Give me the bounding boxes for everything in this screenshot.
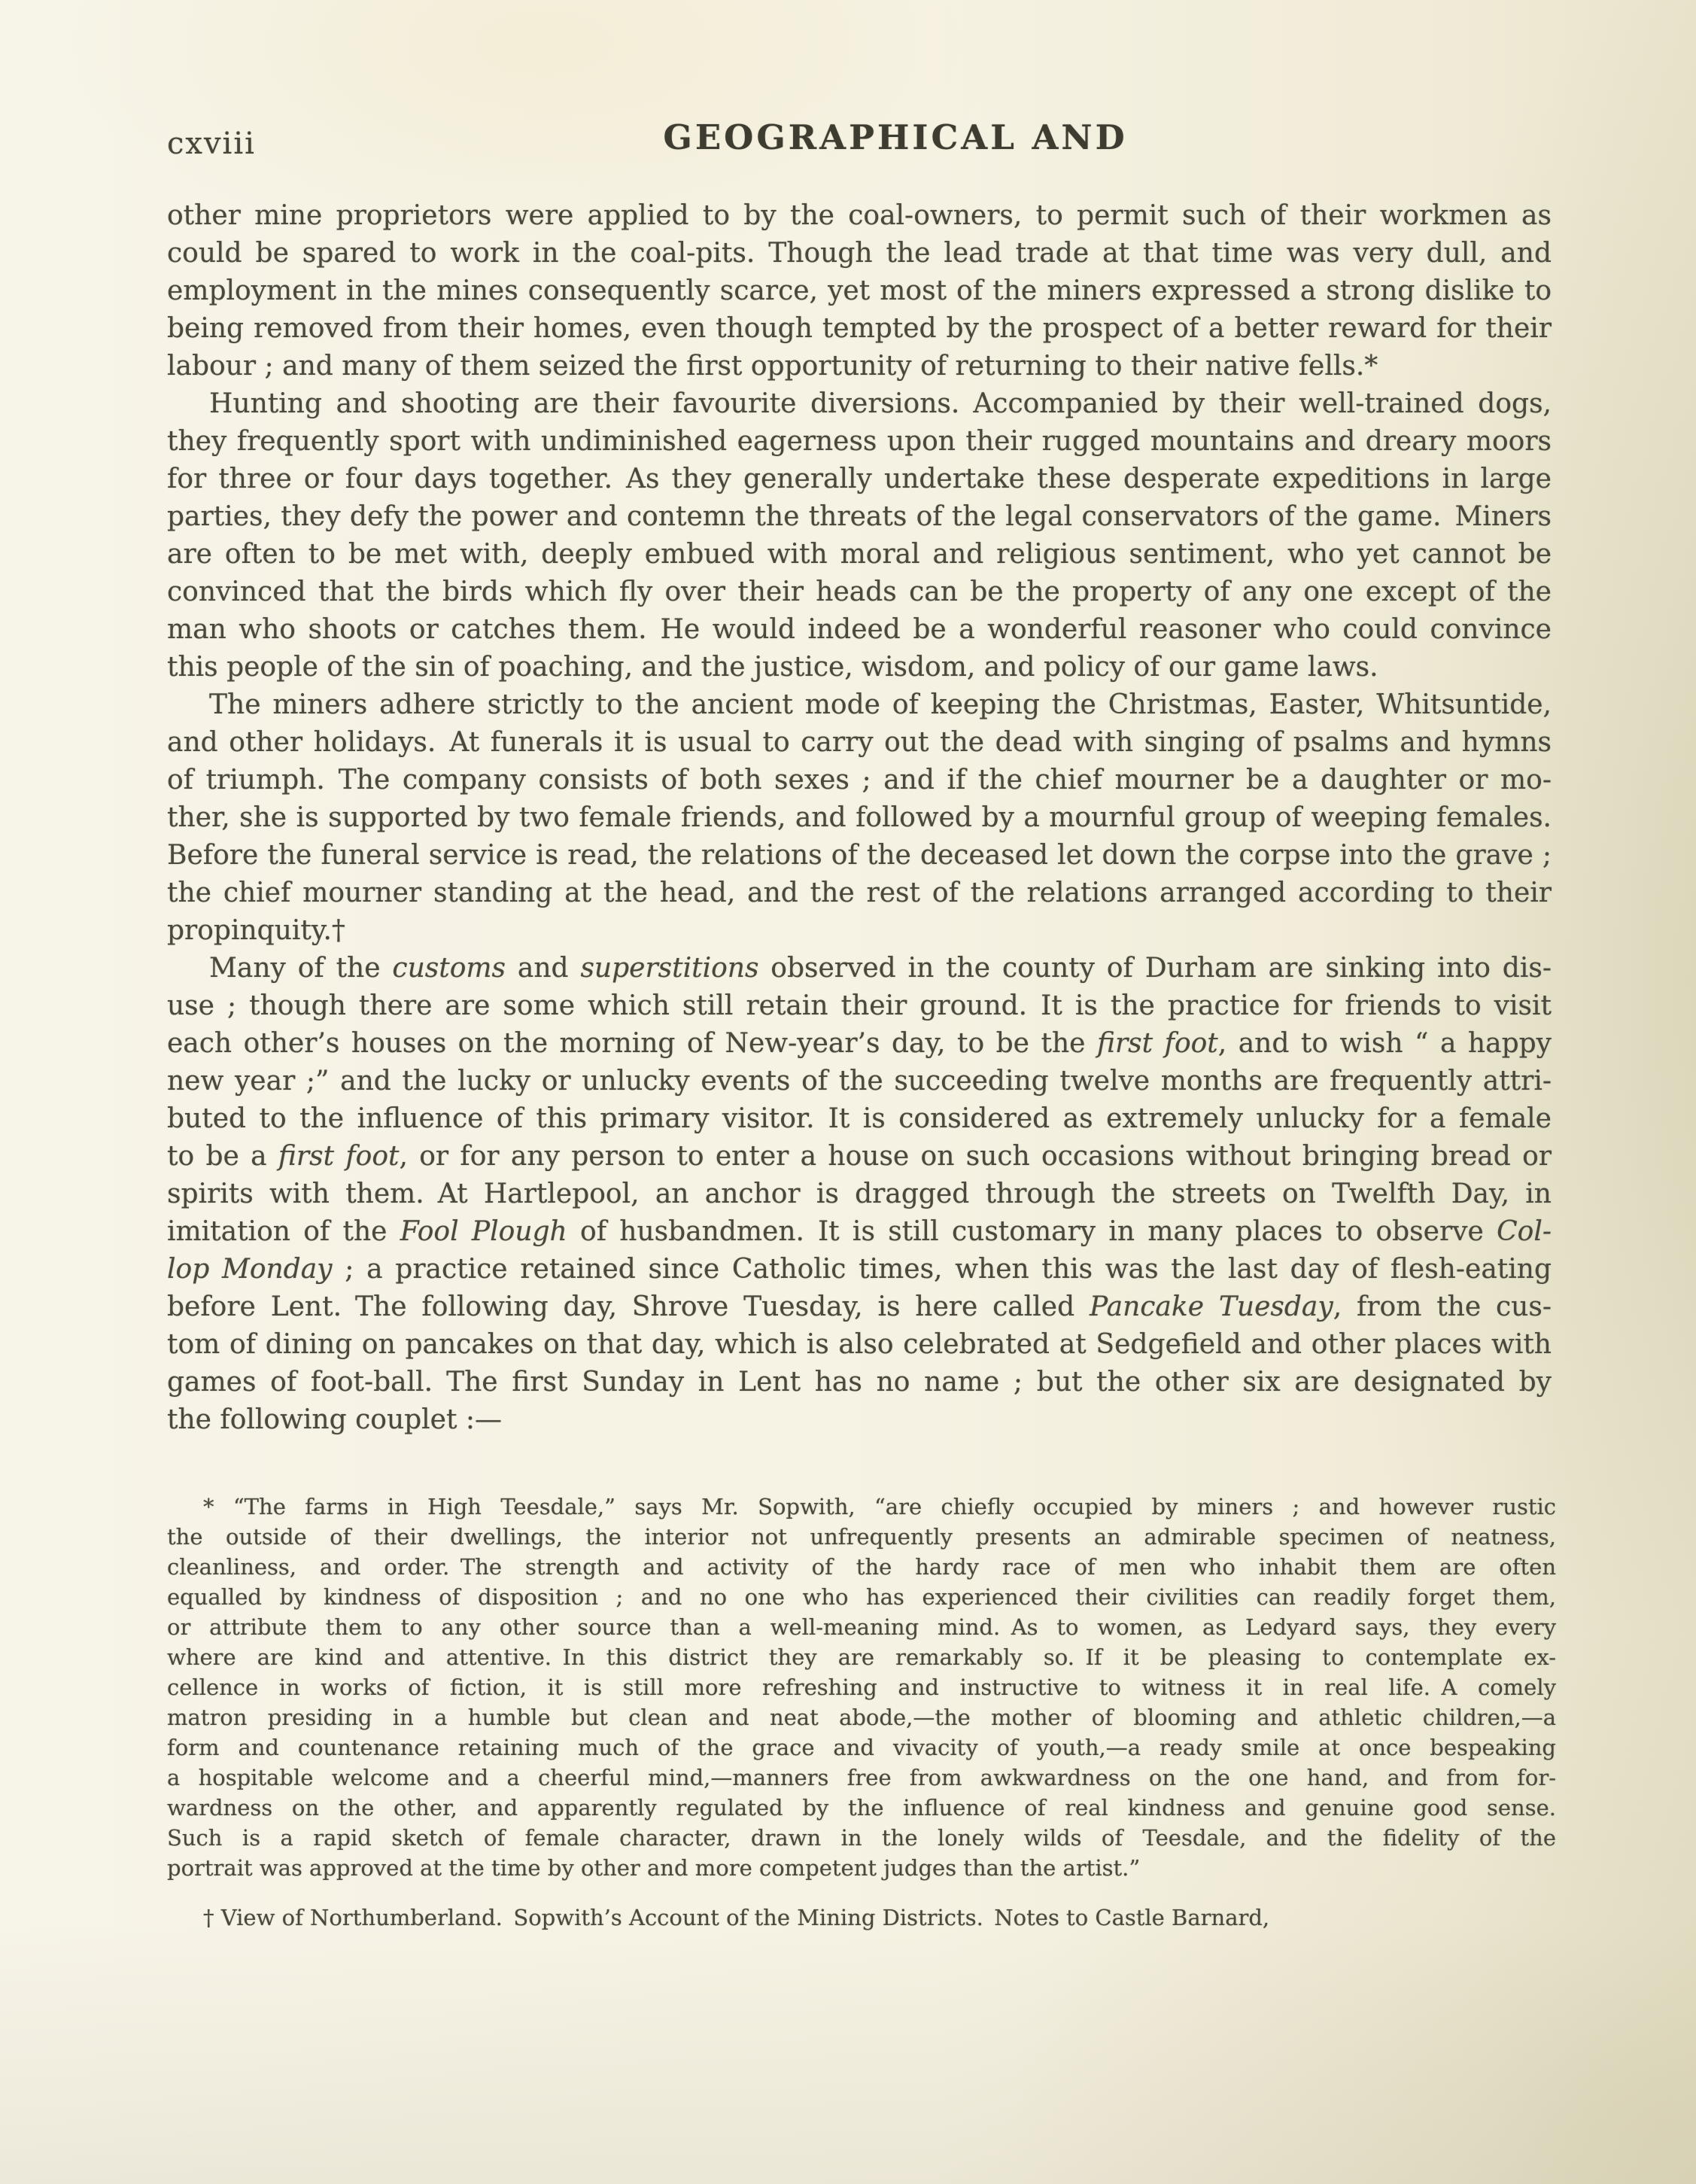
paragraph: † View of Northumberland. Sopwith’s Acco… bbox=[167, 1903, 1556, 1933]
text-line: lop Monday ; a practice retained since C… bbox=[167, 1251, 1552, 1288]
text-line: Such is a rapid sketch of female charact… bbox=[167, 1823, 1556, 1853]
text-line: The miners adhere strictly to the ancien… bbox=[167, 686, 1552, 724]
text-segment: could be spared to work in the coal-pits… bbox=[167, 238, 1552, 269]
text-line: man who shoots or catches them. He would… bbox=[167, 611, 1552, 649]
text-line: each other’s houses on the morning of Ne… bbox=[167, 1025, 1552, 1063]
text-segment: observed in the county of Durham are sin… bbox=[758, 953, 1552, 984]
text-line: they frequently sport with undiminished … bbox=[167, 423, 1552, 461]
italic-text: first foot bbox=[278, 1141, 400, 1172]
text-line: games of foot-ball. The first Sunday in … bbox=[167, 1364, 1552, 1401]
text-segment: Before the funeral service is read, the … bbox=[167, 840, 1552, 871]
text-segment: equalled by kindness of disposition ; an… bbox=[167, 1584, 1556, 1610]
text-segment: labour ; and many of them seized the fir… bbox=[167, 351, 1378, 382]
text-segment: wardness on the other, and apparently re… bbox=[167, 1795, 1556, 1821]
text-line: to be a first foot, or for any person to… bbox=[167, 1138, 1552, 1176]
text-segment: use ; though there are some which still … bbox=[167, 990, 1552, 1021]
paragraph: * “The farms in High Teesdale,” says Mr.… bbox=[167, 1492, 1556, 1883]
text-line: wardness on the other, and apparently re… bbox=[167, 1793, 1556, 1823]
text-segment: tom of dining on pancakes on that day, w… bbox=[167, 1329, 1552, 1360]
text-segment: Such is a rapid sketch of female charact… bbox=[167, 1825, 1556, 1851]
text-segment: or attribute them to any other source th… bbox=[167, 1614, 1556, 1640]
text-segment: † View of Northumberland. Sopwith’s Acco… bbox=[203, 1905, 1269, 1930]
text-segment: before Lent. The following day, Shrove T… bbox=[167, 1291, 1090, 1322]
text-line: propinquity.† bbox=[167, 912, 1552, 950]
text-line: convinced that the birds which fly over … bbox=[167, 573, 1552, 611]
text-line: for three or four days together. As they… bbox=[167, 461, 1552, 498]
text-line: of triumph. The company consists of both… bbox=[167, 762, 1552, 799]
text-segment: games of foot-ball. The first Sunday in … bbox=[167, 1367, 1552, 1398]
text-segment: cleanliness, and order. The strength and… bbox=[167, 1554, 1556, 1580]
paragraph: The miners adhere strictly to the ancien… bbox=[167, 686, 1552, 950]
text-segment: parties, they defy the power and contemn… bbox=[167, 501, 1552, 532]
text-line: the chief mourner standing at the head, … bbox=[167, 875, 1552, 912]
text-segment: new year ;” and the lucky or unlucky eve… bbox=[167, 1066, 1552, 1097]
text-segment: convinced that the birds which fly over … bbox=[167, 576, 1552, 607]
text-segment: they frequently sport with undiminished … bbox=[167, 426, 1552, 457]
text-line: other mine proprietors were applied to b… bbox=[167, 197, 1552, 235]
text-segment: the following couplet :— bbox=[167, 1404, 502, 1435]
paragraph: other mine proprietors were applied to b… bbox=[167, 197, 1552, 385]
text-line: are often to be met with, deeply embued … bbox=[167, 536, 1552, 573]
text-segment: Hunting and shooting are their favourite… bbox=[209, 388, 1552, 419]
paragraph: Many of the customs and superstitions ob… bbox=[167, 950, 1552, 1439]
text-line: matron presiding in a humble but clean a… bbox=[167, 1702, 1556, 1732]
footnotes: * “The farms in High Teesdale,” says Mr.… bbox=[167, 1492, 1556, 1933]
text-segment: other mine proprietors were applied to b… bbox=[167, 200, 1552, 231]
text-segment: propinquity.† bbox=[167, 915, 345, 946]
italic-text: customs bbox=[392, 953, 506, 984]
text-segment: cellence in works of fiction, it is stil… bbox=[167, 1675, 1556, 1700]
text-segment: this people of the sin of poaching, and … bbox=[167, 652, 1378, 683]
text-segment: a hospitable welcome and a cheerful mind… bbox=[167, 1765, 1556, 1790]
text-segment: , and to wish “ a happy bbox=[1218, 1028, 1552, 1059]
text-line: use ; though there are some which still … bbox=[167, 987, 1552, 1025]
italic-text: Col- bbox=[1497, 1216, 1552, 1247]
italic-text: Pancake Tuesday bbox=[1090, 1291, 1333, 1322]
page-number: cxviii bbox=[167, 126, 256, 161]
text-segment: employment in the mines consequently sca… bbox=[167, 275, 1552, 306]
text-line: being removed from their homes, even tho… bbox=[167, 310, 1552, 348]
text-line: equalled by kindness of disposition ; an… bbox=[167, 1582, 1556, 1612]
text-line: a hospitable welcome and a cheerful mind… bbox=[167, 1763, 1556, 1793]
text-segment: portrait was approved at the time by oth… bbox=[167, 1855, 1140, 1881]
text-line: ther, she is supported by two female fri… bbox=[167, 799, 1552, 837]
text-line: form and countenance retaining much of t… bbox=[167, 1732, 1556, 1763]
text-segment: , or for any person to enter a house on … bbox=[399, 1141, 1552, 1172]
text-line: the following couplet :— bbox=[167, 1401, 1552, 1439]
text-segment: the outside of their dwellings, the inte… bbox=[167, 1524, 1556, 1550]
text-line: imitation of the Fool Plough of husbandm… bbox=[167, 1213, 1552, 1251]
text-segment: man who shoots or catches them. He would… bbox=[167, 614, 1552, 645]
text-segment: ther, she is supported by two female fri… bbox=[167, 802, 1552, 833]
text-segment: each other’s houses on the morning of Ne… bbox=[167, 1028, 1097, 1059]
text-segment: ; a practice retained since Catholic tim… bbox=[333, 1254, 1552, 1285]
text-segment: the chief mourner standing at the head, … bbox=[167, 878, 1552, 908]
italic-text: lop Monday bbox=[167, 1254, 333, 1285]
text-line: Many of the customs and superstitions ob… bbox=[167, 950, 1552, 987]
text-line: could be spared to work in the coal-pits… bbox=[167, 235, 1552, 272]
body-text: other mine proprietors were applied to b… bbox=[167, 197, 1552, 1439]
text-segment: of husbandmen. It is still customary in … bbox=[567, 1216, 1497, 1247]
text-line: this people of the sin of poaching, and … bbox=[167, 649, 1552, 686]
text-segment: to be a bbox=[167, 1141, 278, 1172]
text-line: * “The farms in High Teesdale,” says Mr.… bbox=[167, 1492, 1556, 1522]
text-segment: form and countenance retaining much of t… bbox=[167, 1735, 1556, 1760]
text-line: where are kind and attentive. In this di… bbox=[167, 1642, 1556, 1672]
text-segment: * “The farms in High Teesdale,” says Mr.… bbox=[203, 1494, 1556, 1519]
running-title: GEOGRAPHICAL AND bbox=[663, 117, 1127, 157]
italic-text: superstitions bbox=[580, 953, 758, 984]
text-segment: of triumph. The company consists of both… bbox=[167, 765, 1552, 795]
text-segment: spirits with them. At Hartlepool, an anc… bbox=[167, 1179, 1552, 1209]
text-segment: Many of the bbox=[209, 953, 392, 984]
text-line: tom of dining on pancakes on that day, w… bbox=[167, 1326, 1552, 1364]
text-line: Hunting and shooting are their favourite… bbox=[167, 385, 1552, 423]
text-segment: , from the cus- bbox=[1333, 1291, 1552, 1322]
text-line: † View of Northumberland. Sopwith’s Acco… bbox=[167, 1903, 1556, 1933]
text-line: labour ; and many of them seized the fir… bbox=[167, 348, 1552, 385]
text-line: and other holidays. At funerals it is us… bbox=[167, 724, 1552, 762]
paragraph: Hunting and shooting are their favourite… bbox=[167, 385, 1552, 686]
text-line: Before the funeral service is read, the … bbox=[167, 837, 1552, 875]
text-line: before Lent. The following day, Shrove T… bbox=[167, 1288, 1552, 1326]
text-segment: The miners adhere strictly to the ancien… bbox=[209, 689, 1552, 720]
italic-text: first foot bbox=[1097, 1028, 1218, 1059]
text-segment: for three or four days together. As they… bbox=[167, 464, 1552, 494]
text-line: portrait was approved at the time by oth… bbox=[167, 1853, 1556, 1883]
text-line: or attribute them to any other source th… bbox=[167, 1612, 1556, 1642]
text-line: spirits with them. At Hartlepool, an anc… bbox=[167, 1176, 1552, 1213]
text-line: new year ;” and the lucky or unlucky eve… bbox=[167, 1063, 1552, 1100]
text-line: parties, they defy the power and contemn… bbox=[167, 498, 1552, 536]
text-segment: and other holidays. At funerals it is us… bbox=[167, 727, 1552, 758]
text-segment: imitation of the bbox=[167, 1216, 400, 1247]
text-line: cleanliness, and order. The strength and… bbox=[167, 1552, 1556, 1582]
text-segment: being removed from their homes, even tho… bbox=[167, 313, 1552, 344]
text-segment: buted to the influence of this primary v… bbox=[167, 1103, 1552, 1134]
italic-text: Fool Plough bbox=[400, 1216, 567, 1247]
text-segment: where are kind and attentive. In this di… bbox=[167, 1644, 1556, 1670]
scanned-book-page: { "page": { "page_number": "cxviii", "ru… bbox=[0, 0, 1696, 2184]
text-line: the outside of their dwellings, the inte… bbox=[167, 1522, 1556, 1552]
text-segment: matron presiding in a humble but clean a… bbox=[167, 1705, 1556, 1730]
text-segment: and bbox=[506, 953, 580, 984]
text-line: buted to the influence of this primary v… bbox=[167, 1100, 1552, 1138]
text-segment: are often to be met with, deeply embued … bbox=[167, 539, 1552, 570]
text-line: employment in the mines consequently sca… bbox=[167, 272, 1552, 310]
text-line: cellence in works of fiction, it is stil… bbox=[167, 1672, 1556, 1702]
